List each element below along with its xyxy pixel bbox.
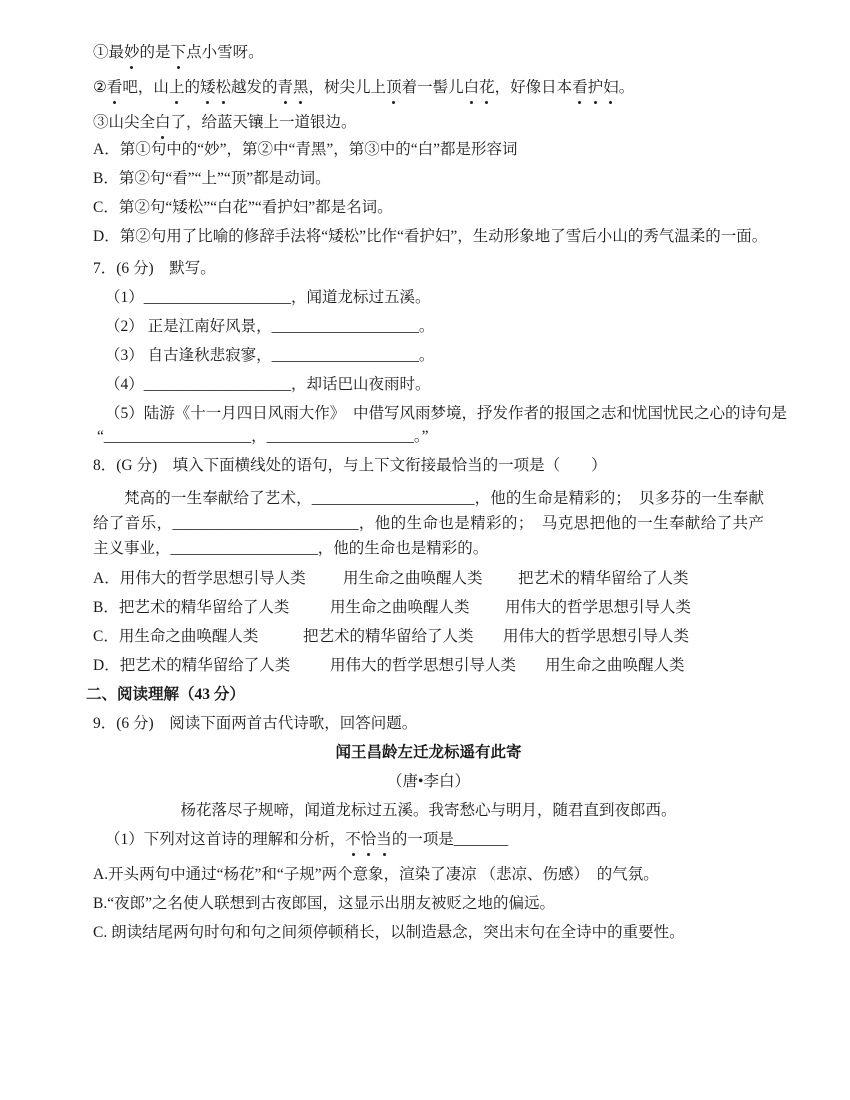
q6-option-b: B．第②句“看”“上”“顶”都是动词。	[93, 170, 764, 188]
q8-option-c-col2: 把艺术的精华留给了人类	[303, 628, 503, 646]
q7-item-2: （2） 正是江南好风景，___________________。	[105, 318, 764, 336]
q7-item-5: （5）陆游《十一月四日风雨大作》 中借写风雨梦境，抒发作者的报国之志和忧国忧民之…	[105, 405, 764, 423]
q6-option-c: C．第②句“矮松”“白花”“看护妇”都是名词。	[93, 199, 764, 217]
poem-text: 杨花落尽子规啼，闻道龙标过五溪。我寄愁心与明月，随君直到夜郎西。	[93, 802, 764, 820]
q6-block: ①最妙的是下点小雪呀。 ②看吧，山上的矮松越发的青黑，树尖儿上顶着一髻儿白花，好…	[93, 44, 764, 246]
q7-stem: 7．(6 分) 默写。	[93, 260, 764, 278]
q9-stem: 9．(6 分) 阅读下面两首古代诗歌，回答问题。	[93, 715, 764, 733]
q9-sub-question-1: （1）下列对这首诗的理解和分析，不恰当的一项是_______	[105, 831, 764, 849]
q8-option-b-col3: 用伟大的哲学思想引导人类	[505, 599, 691, 616]
q7-item-1: （1）___________________，闻道龙标过五溪。	[105, 289, 764, 307]
q8-stem: 8．(G 分) 填入下面横线处的语句，与上下文衔接最恰当的一项是（ ）	[93, 457, 764, 475]
q7-item-3: （3） 自古逢秋悲寂寥，___________________。	[105, 347, 764, 365]
q8-option-a-col2: 用生命之曲唤醒人类	[343, 570, 518, 588]
poem-title: 闻王昌龄左迁龙标遥有此寄	[93, 744, 764, 762]
q6-sentence-2: ②看吧，山上的矮松越发的青黑，树尖儿上顶着一髻儿白花，好像日本看护妇。	[93, 79, 764, 97]
q8-block: 8．(G 分) 填入下面横线处的语句，与上下文衔接最恰当的一项是（ ） 梵高的一…	[93, 457, 764, 675]
q8-option-b: B．把艺术的精华留给了人类用生命之曲唤醒人类用伟大的哲学思想引导人类	[93, 599, 764, 617]
section-2-block: 二、阅读理解（43 分） 9．(6 分) 阅读下面两首古代诗歌，回答问题。 闻王…	[93, 686, 764, 942]
q8-option-a-label: A．用伟大的哲学思想引导人类	[93, 570, 343, 588]
q8-option-a-col3: 把艺术的精华留给了人类	[518, 570, 689, 587]
q8-option-c-col3: 用伟大的哲学思想引导人类	[503, 628, 689, 645]
q8-option-d-label: D．把艺术的精华留给了人类	[93, 657, 330, 675]
q8-option-b-col2: 用生命之曲唤醒人类	[330, 599, 505, 617]
q8-option-d-col3: 用生命之曲唤醒人类	[545, 657, 685, 674]
q8-option-a: A．用伟大的哲学思想引导人类用生命之曲唤醒人类把艺术的精华留给了人类	[93, 570, 764, 588]
q6-option-d: D．第②句用了比喻的修辞手法将“矮松”比作“看护妇”，生动形象地了雪后小山的秀气…	[93, 228, 764, 246]
q8-option-c: C．用生命之曲唤醒人类把艺术的精华留给了人类用伟大的哲学思想引导人类	[93, 628, 764, 646]
q8-paragraph: 梵高的一生奉献给了艺术，_____________________，他的生命是精…	[93, 486, 764, 561]
poem-author: （唐•李白）	[93, 773, 764, 791]
q8-option-d-col2: 用伟大的哲学思想引导人类	[330, 657, 545, 675]
q6-sentence-1: ①最妙的是下点小雪呀。	[93, 44, 764, 62]
q8-option-d: D．把艺术的精华留给了人类用伟大的哲学思想引导人类用生命之曲唤醒人类	[93, 657, 764, 675]
q7-item-5-answer-line: “___________________，___________________…	[97, 428, 764, 446]
q9-option-c: C. 朗读结尾两句时句和句之间须停顿稍长，以制造悬念，突出末句在全诗中的重要性。	[93, 924, 764, 942]
q9-option-a: A.开头两句中通过“杨花”和“子规”两个意象，渲染了凄凉 （悲凉、伤感） 的气氛…	[93, 866, 764, 884]
section-2-heading: 二、阅读理解（43 分）	[86, 686, 764, 704]
q7-item-4: （4）___________________，却话巴山夜雨时。	[105, 376, 764, 394]
q8-option-c-label: C．用生命之曲唤醒人类	[93, 628, 303, 646]
q6-sentence-3: ③山尖全白了，给蓝天镶上一道银边。	[93, 114, 764, 132]
q6-option-a: A．第①句中的“妙”，第②中“青黑”，第③中的“白”都是形容词	[93, 141, 764, 159]
q9-option-b: B.“夜郎”之名使人联想到古夜郎国，这显示出朋友被贬之地的偏远。	[93, 895, 764, 913]
exam-page: ①最妙的是下点小雪呀。 ②看吧，山上的矮松越发的青黑，树尖儿上顶着一髻儿白花，好…	[0, 0, 850, 1100]
q7-block: 7．(6 分) 默写。 （1）___________________，闻道龙标过…	[93, 260, 764, 446]
q8-option-b-label: B．把艺术的精华留给了人类	[93, 599, 330, 617]
